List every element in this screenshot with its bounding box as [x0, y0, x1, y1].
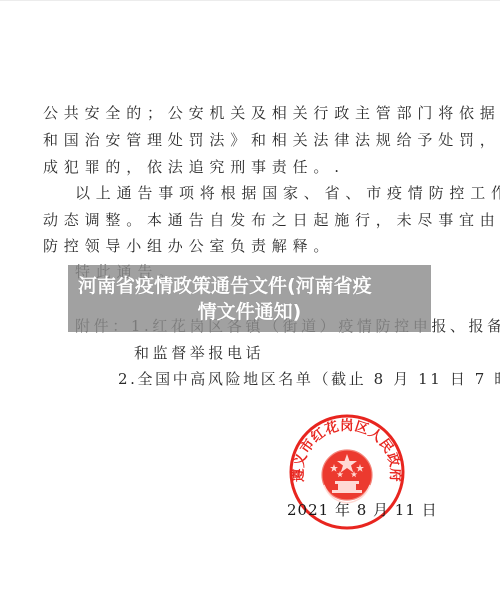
- attachment-2-title: 2.全国中高风险地区名单（截止 8 月 11 日 7 时）: [118, 369, 500, 389]
- paragraph-2-line-1: 以上通告事项将根据国家、省、市疫情防控工作要求，实时: [75, 183, 500, 203]
- top-border: [0, 0, 500, 1]
- overlay-title-line-1: 河南省疫情政策通告文件(河南省疫: [68, 273, 372, 299]
- signing-date: 2021 年 8 月 11 日: [287, 500, 438, 520]
- title-overlay-banner: 河南省疫情政策通告文件(河南省疫 情文件通知): [68, 265, 431, 332]
- paragraph-2-line-2: 动态调整。本通告自发布之日起施行，未尽事宜由红花岗区疫情: [43, 210, 500, 230]
- paragraph-1-line-3: 成犯罪的，依法追究刑事责任。.: [43, 157, 345, 177]
- paragraph-2-line-3: 防控领导小组办公室负责解释。: [43, 236, 334, 256]
- paragraph-1-line-2: 和国治安管理处罚法》和相关法律法规给予处罚，情节严重，构: [43, 130, 500, 150]
- paragraph-1-line-1: 公共安全的；公安机关及相关行政主管部门将依据《中华人民共: [43, 103, 500, 123]
- attachment-1-continuation: 和监督举报电话: [134, 343, 264, 363]
- overlay-title-line-2: 情文件通知): [198, 299, 302, 325]
